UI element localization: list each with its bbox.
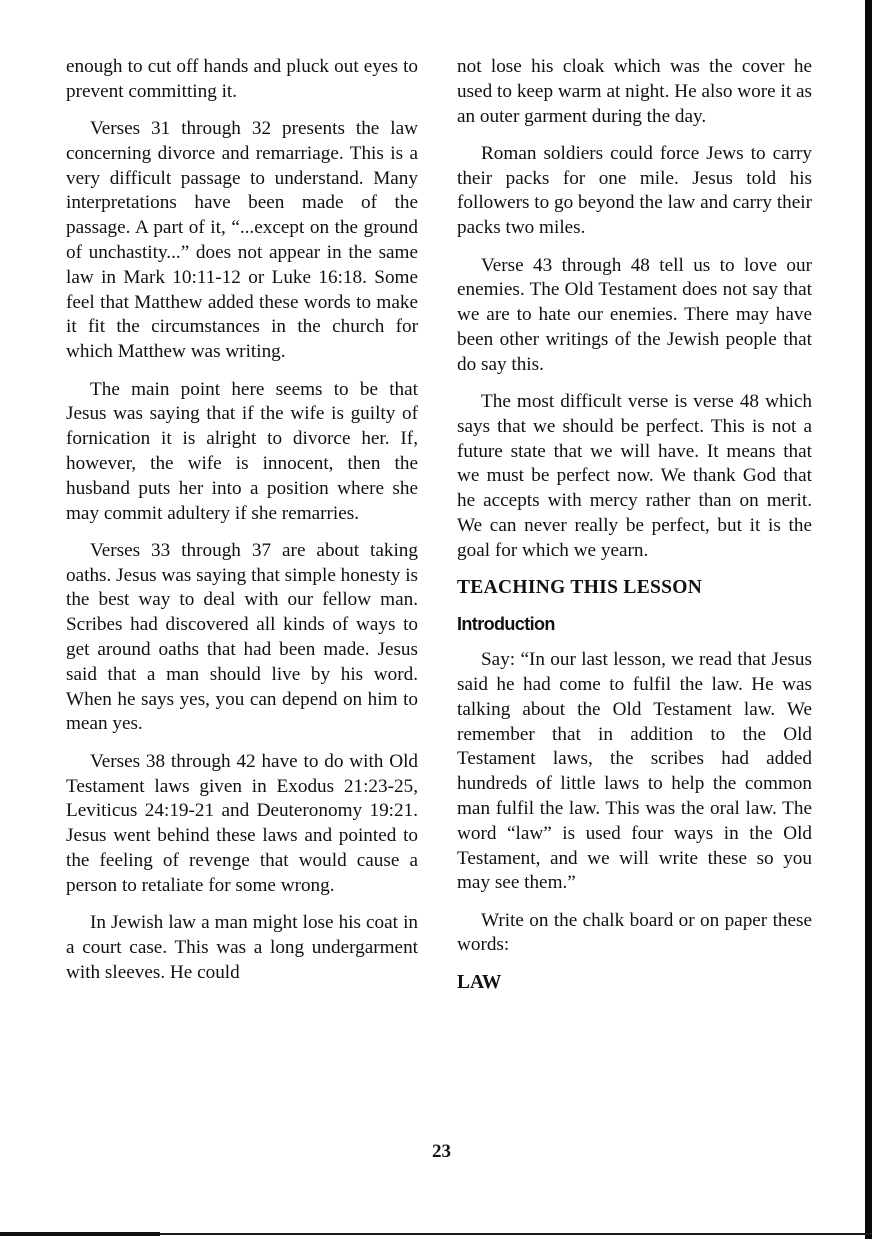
board-word: LAW	[457, 971, 812, 995]
paragraph-oaths: Verses 33 through 37 are about taking oa…	[66, 539, 418, 737]
paragraph-love-enemies: Verse 43 through 48 tell us to love our …	[457, 254, 812, 378]
paragraph-revenge: Verses 38 through 42 have to do with Old…	[66, 750, 418, 899]
paragraph-intro-say: Say: “In our last lesson, we read that J…	[457, 648, 812, 896]
left-column: enough to cut off hands and pluck out ey…	[66, 55, 418, 998]
paragraph-main-point: The main point here seems to be that Jes…	[66, 378, 418, 527]
scan-edge-bottom-dark	[0, 1232, 160, 1236]
paragraph-roman-soldiers: Roman soldiers could force Jews to carry…	[457, 142, 812, 241]
scan-edge-right	[865, 0, 872, 1239]
paragraph-coat: In Jewish law a man might lose his coat …	[66, 911, 418, 985]
paragraph-continuation: enough to cut off hands and pluck out ey…	[66, 55, 418, 105]
paragraph-divorce: Verses 31 through 32 presents the law co…	[66, 117, 418, 365]
paragraph-cloak: not lose his cloak which was the cover h…	[457, 55, 812, 129]
right-column: not lose his cloak which was the cover h…	[457, 55, 812, 995]
page-number: 23	[432, 1141, 451, 1163]
paragraph-write-instruction: Write on the chalk board or on paper the…	[457, 909, 812, 959]
subheading-introduction: Introduction	[457, 612, 812, 636]
paragraph-perfect: The most difficult verse is verse 48 whi…	[457, 390, 812, 564]
scanned-book-page: enough to cut off hands and pluck out ey…	[0, 0, 872, 1239]
section-heading: TEACHING THIS LESSON	[457, 576, 812, 600]
